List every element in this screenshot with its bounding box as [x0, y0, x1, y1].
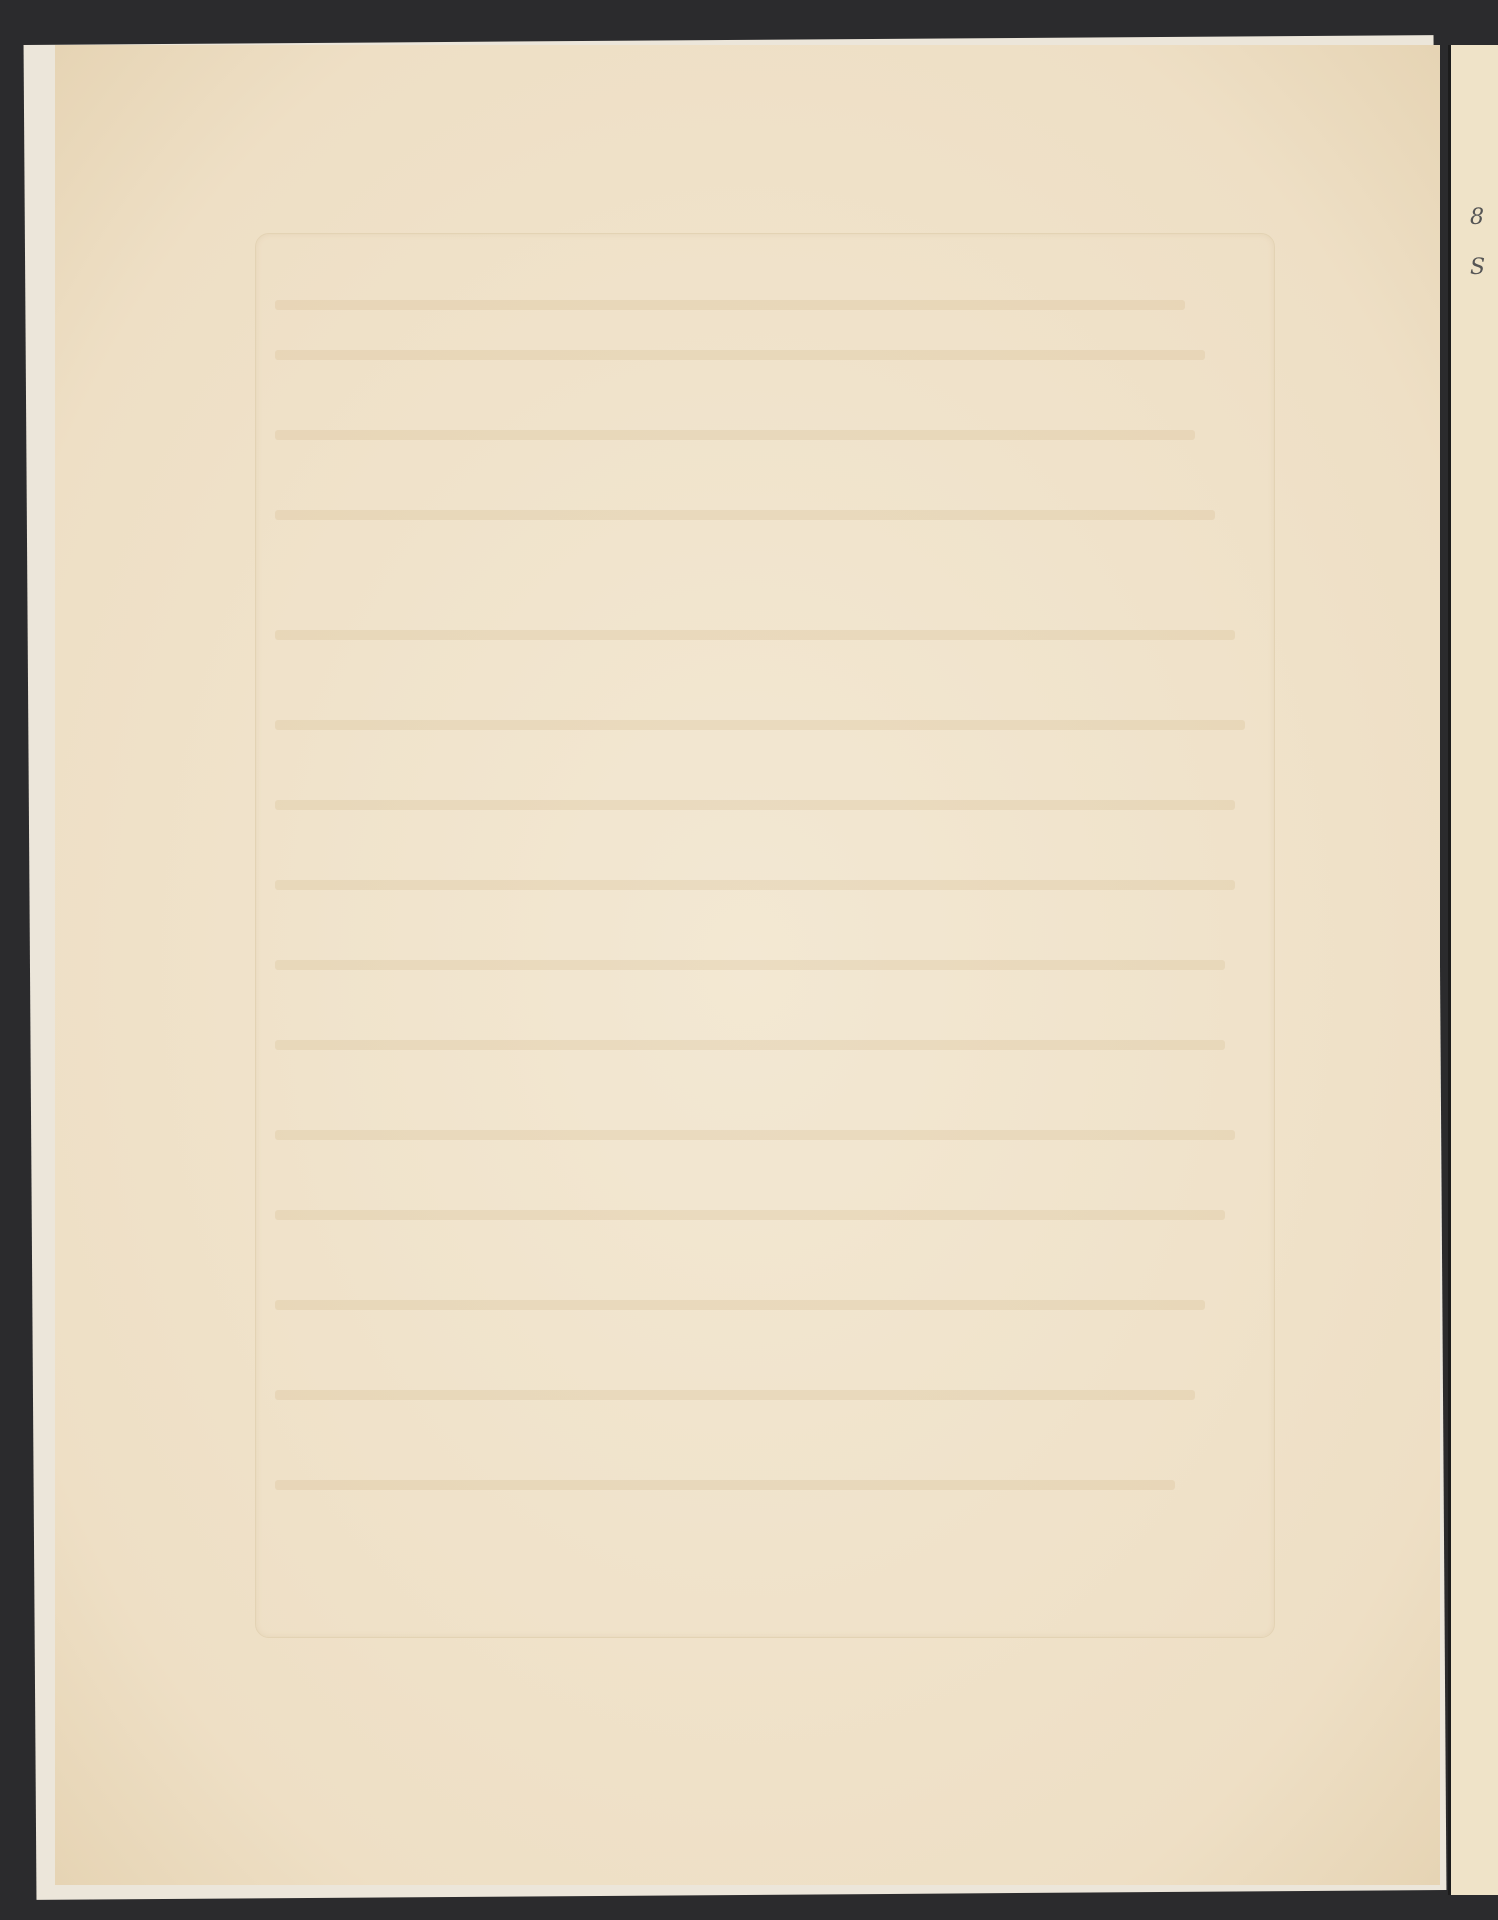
handwritten-mark: 8	[1470, 205, 1484, 230]
show-through-line	[275, 720, 1245, 730]
show-through-line	[275, 800, 1235, 810]
handwritten-mark: S	[1470, 255, 1485, 280]
adjacent-page-edge	[1448, 45, 1498, 1895]
plate-impression	[255, 233, 1275, 1638]
show-through-line	[275, 510, 1215, 520]
show-through-line	[275, 430, 1195, 440]
show-through-line	[275, 1130, 1235, 1140]
show-through-line	[275, 1300, 1205, 1310]
show-through-line	[275, 300, 1185, 310]
show-through-line	[275, 350, 1205, 360]
show-through-line	[275, 960, 1225, 970]
show-through-line	[275, 1040, 1225, 1050]
show-through-line	[275, 1480, 1175, 1490]
show-through-line	[275, 1210, 1225, 1220]
show-through-line	[275, 1390, 1195, 1400]
show-through-line	[275, 880, 1235, 890]
show-through-line	[275, 630, 1235, 640]
